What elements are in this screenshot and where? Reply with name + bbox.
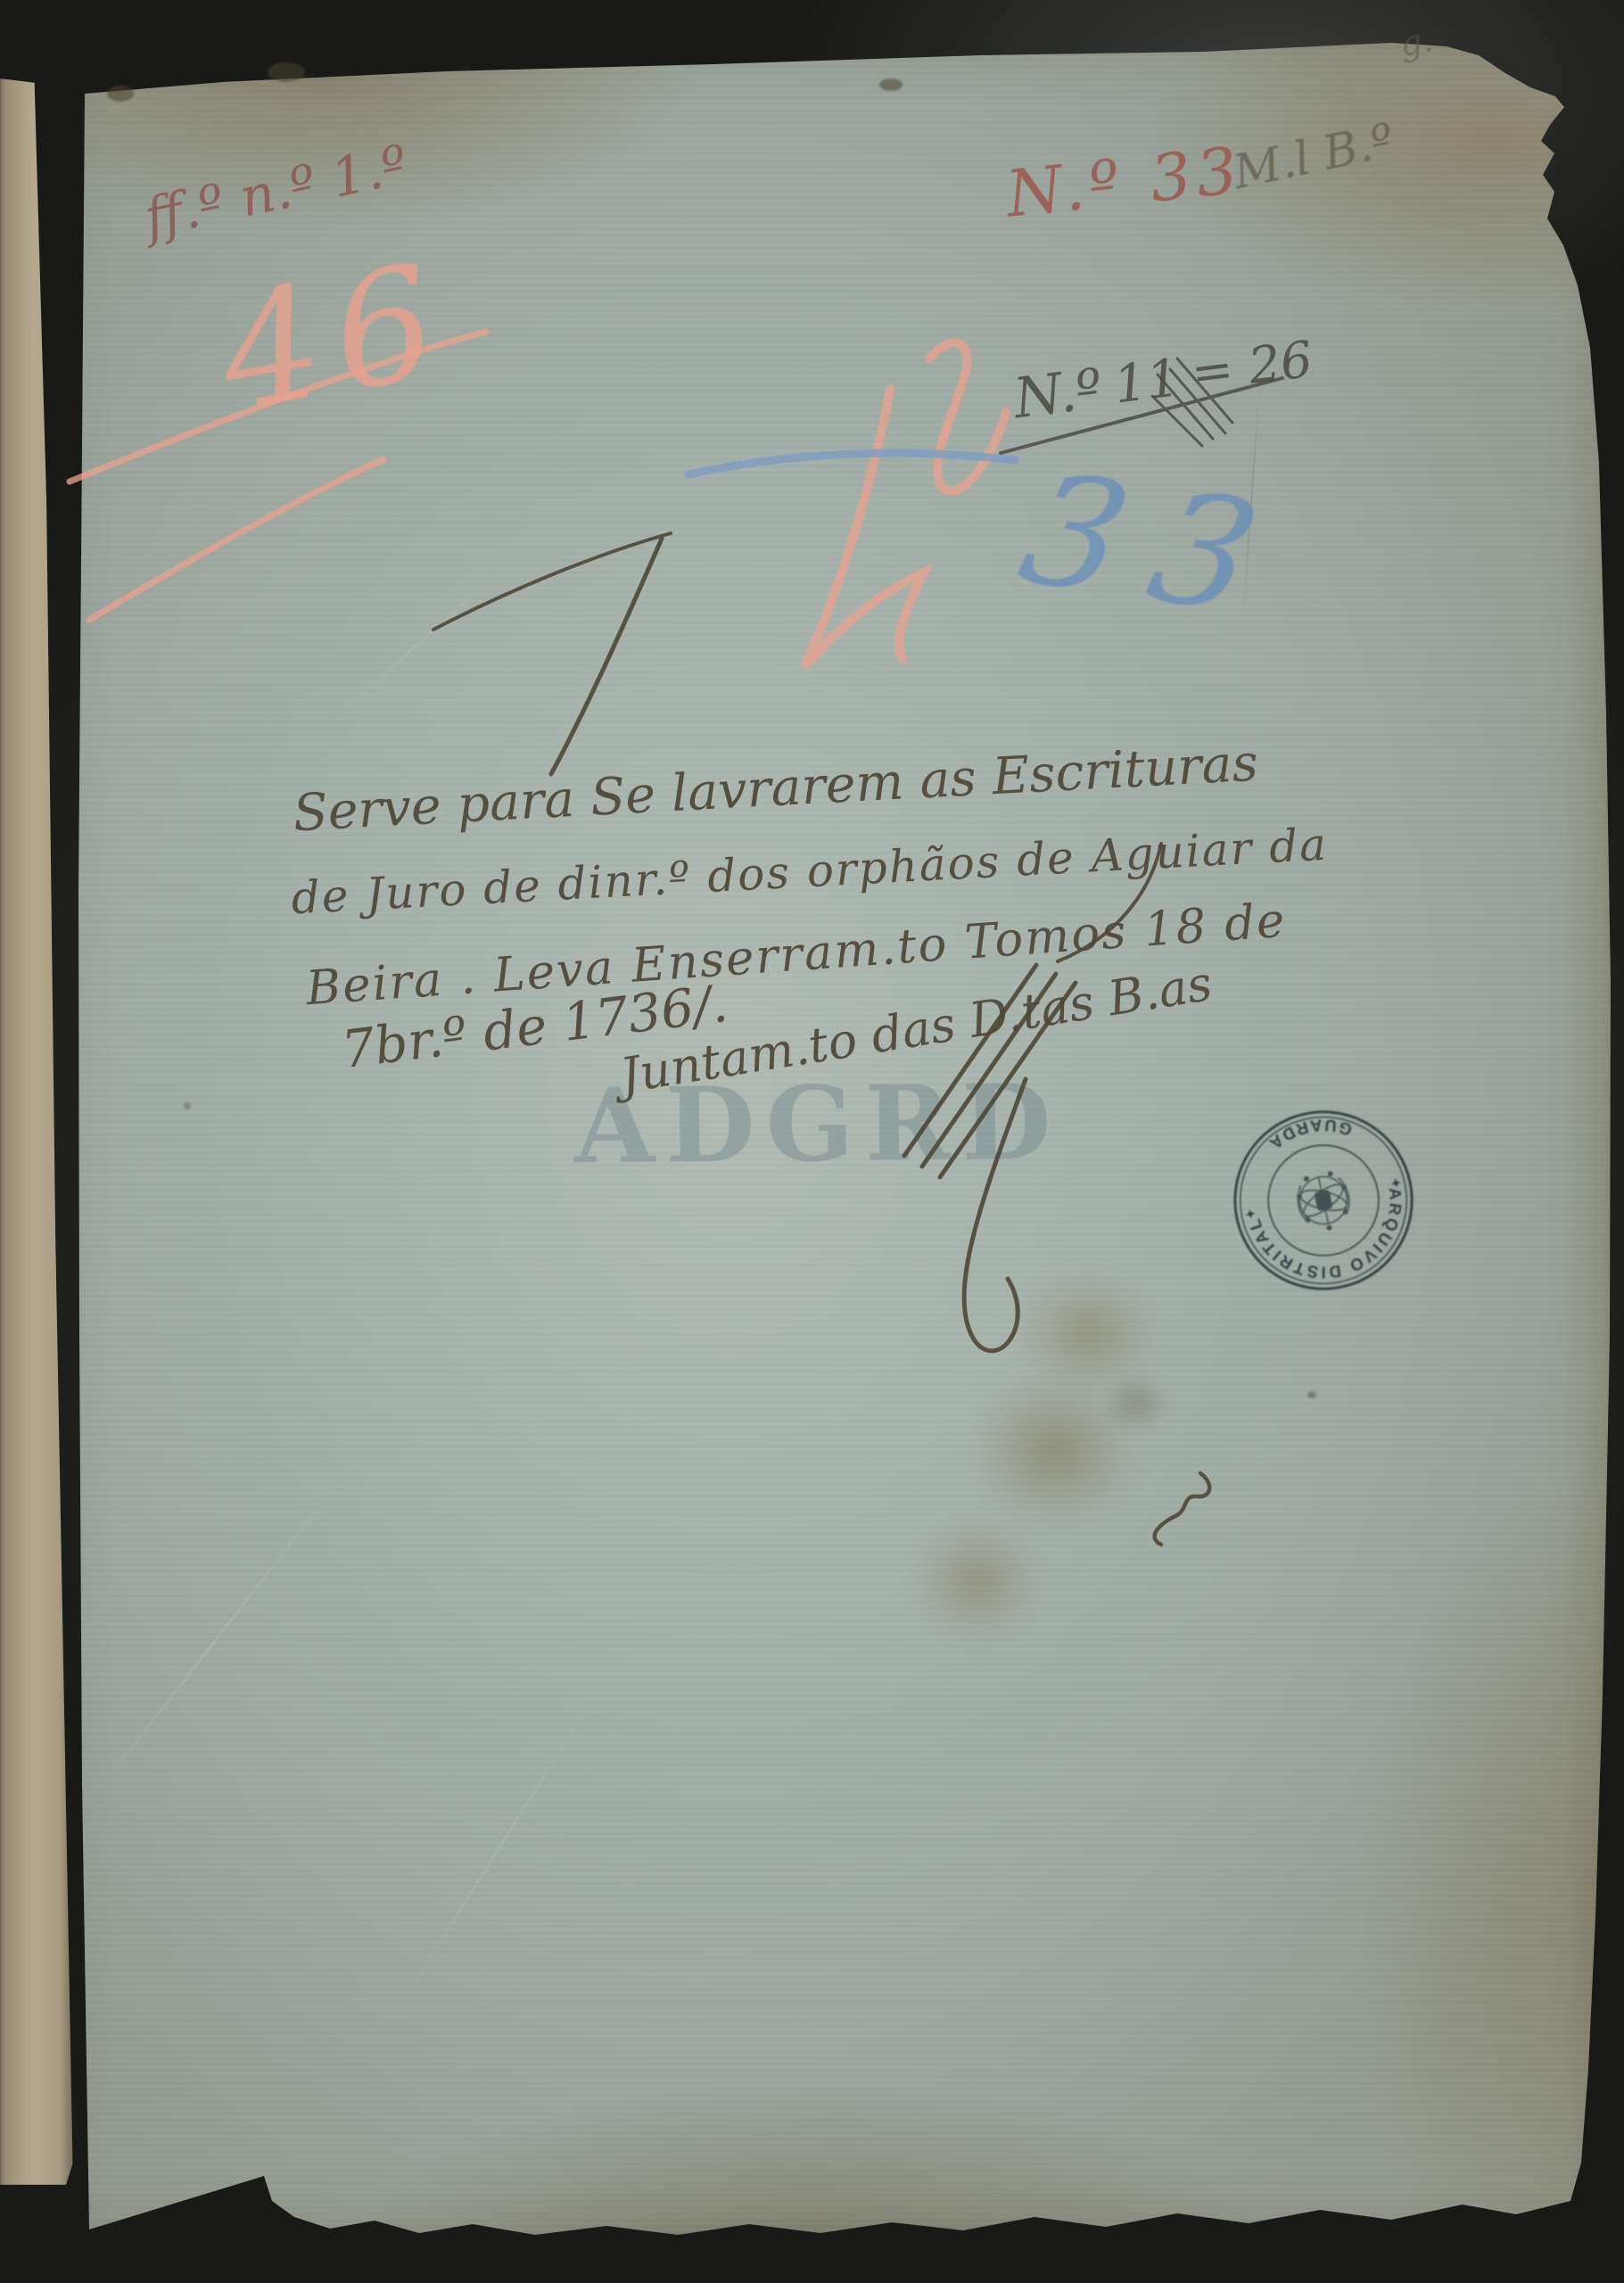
corner-mark: g.: [1397, 22, 1435, 62]
stamp-separator-star-right: ✦: [1243, 1206, 1257, 1221]
stamp-graphics: ARQUIVO DISTRITAL GUARDA ✦ ✦: [1218, 1095, 1428, 1305]
old-number-prefix: N.º: [1010, 361, 1105, 427]
stamp-coat-of-arms-emblem: [1293, 1168, 1355, 1235]
blue-crayon-number: 33: [1008, 453, 1302, 639]
svg-text:ARQUIVO DISTRITAL: ARQUIVO DISTRITAL: [1244, 1184, 1421, 1298]
scanned-document-photo: ADGRD ff.º n.º 1.º N.º 33 M.l B.º g. 46 …: [0, 0, 1624, 2283]
old-number-crossed: 11: [1111, 351, 1183, 411]
stamp-arc-top-text: ARQUIVO DISTRITAL: [1244, 1184, 1421, 1298]
archive-round-stamp: ARQUIVO DISTRITAL GUARDA ✦ ✦: [1209, 1086, 1438, 1315]
book-spine-parchment-edge: [0, 78, 75, 2185]
stamp-arc-bottom-text: GUARDA: [1261, 1109, 1357, 1158]
old-number-value: = 26: [1189, 335, 1315, 400]
paper-blemish: [107, 86, 134, 102]
paper-blemish: [268, 62, 305, 82]
paper-blemish: [879, 78, 903, 91]
svg-text:GUARDA: GUARDA: [1261, 1109, 1357, 1158]
crossed-out-number-pink: 46: [210, 242, 460, 435]
paper-blemish: [1307, 1391, 1316, 1398]
ink-water-stain: [896, 1253, 1240, 1684]
paper-blemish: [184, 1102, 191, 1109]
